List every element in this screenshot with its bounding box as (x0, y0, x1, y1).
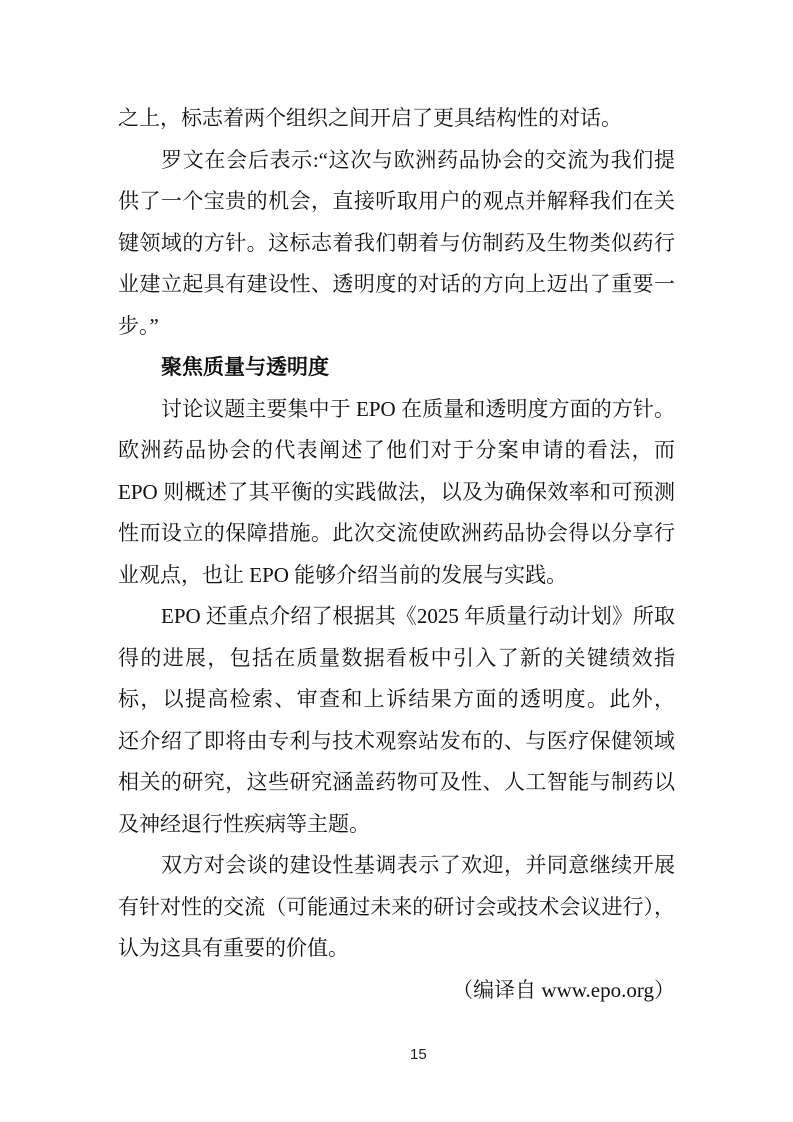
attribution-line: （编译自 www.epo.org） (118, 970, 675, 1012)
text-line: 标，以提高检索、审查和上诉结果方面的透明度。此外，EPO (118, 679, 675, 721)
page-number: 15 (410, 1045, 427, 1065)
text-line: 供了一个宝贵的机会，直接听取用户的观点并解释我们在关 (118, 181, 675, 223)
text-line: EPO 还重点介绍了根据其《2025 年质量行动计划》所取 (118, 596, 675, 638)
section-heading: 聚焦质量与透明度 (118, 347, 675, 389)
text-line: 还介绍了即将由专利与技术观察站发布的、与医疗保健领域 (118, 721, 675, 763)
text-line: 双方对会谈的建设性基调表示了欢迎，并同意继续开展 (118, 845, 675, 887)
text-line: 键领域的方针。这标志着我们朝着与仿制药及生物类似药行 (118, 223, 675, 265)
text-line: 有针对性的交流（可能通过未来的研讨会或技术会议进行）， (118, 887, 675, 929)
text-line: 业建立起具有建设性、透明度的对话的方向上迈出了重要一 (118, 264, 675, 306)
article-body: 之上，标志着两个组织之间开启了更具结构性的对话。 罗文在会后表示:“这次与欧洲药… (118, 98, 675, 1011)
text-line: 相关的研究，这些研究涵盖药物可及性、人工智能与制药以 (118, 762, 675, 804)
text-line: 及神经退行性疾病等主题。 (118, 804, 675, 846)
text-line: 性而设立的保障措施。此次交流使欧洲药品协会得以分享行 (118, 513, 675, 555)
text-line: 步。” (118, 306, 675, 348)
text-line: 罗文在会后表示:“这次与欧洲药品协会的交流为我们提 (118, 140, 675, 182)
document-page: 之上，标志着两个组织之间开启了更具结构性的对话。 罗文在会后表示:“这次与欧洲药… (0, 0, 793, 1122)
text-line: 欧洲药品协会的代表阐述了他们对于分案申请的看法，而 (118, 430, 675, 472)
text-line: 业观点，也让 EPO 能够介绍当前的发展与实践。 (118, 555, 675, 597)
text-line: 讨论议题主要集中于 EPO 在质量和透明度方面的方针。 (118, 389, 675, 431)
text-line: EPO 则概述了其平衡的实践做法，以及为确保效率和可预测 (118, 472, 675, 514)
text-line: 之上，标志着两个组织之间开启了更具结构性的对话。 (118, 98, 675, 140)
text-line: 得的进展，包括在质量数据看板中引入了新的关键绩效指 (118, 638, 675, 680)
text-line: 认为这具有重要的价值。 (118, 928, 675, 970)
